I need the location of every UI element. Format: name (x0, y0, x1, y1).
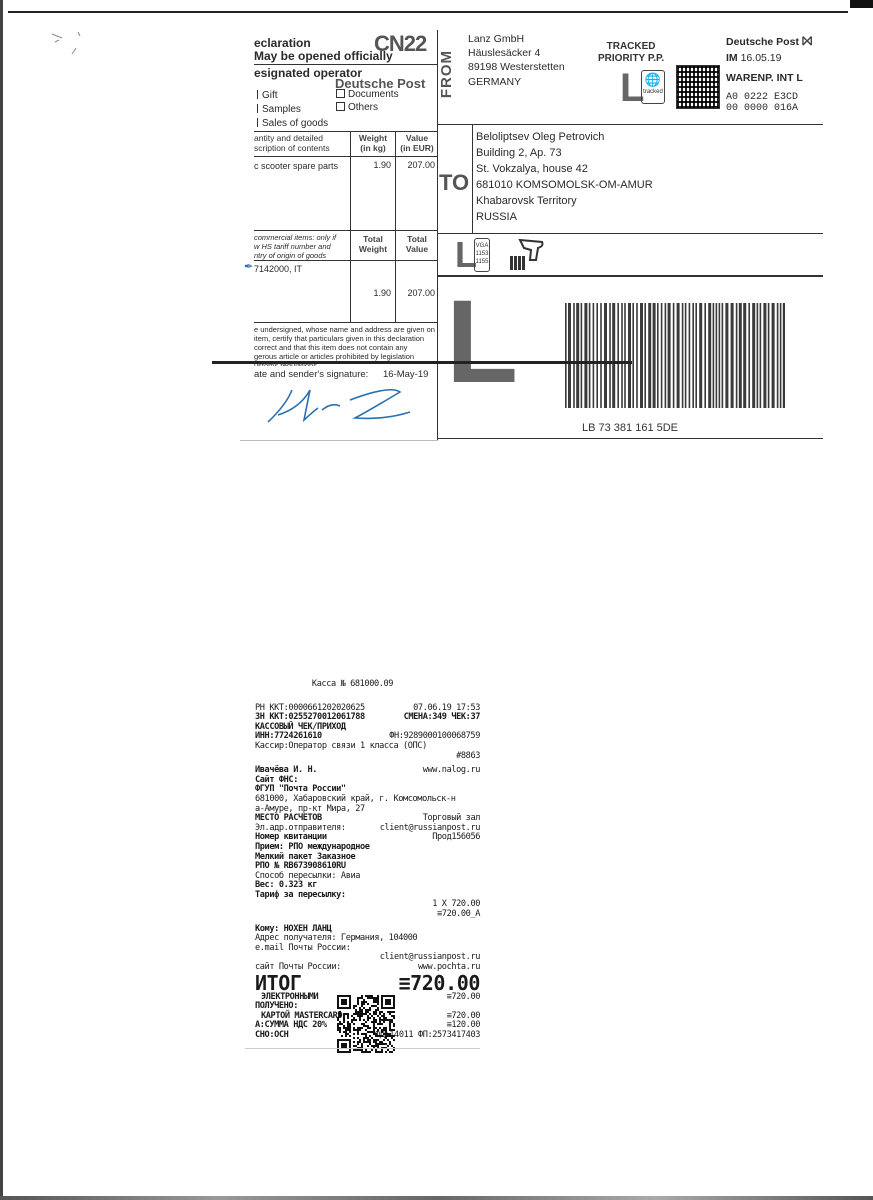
cn22-title-line1: eclaration (254, 36, 311, 50)
franking-block: Deutsche Post ⨝ IM 16.05.19 WARENP. INT … (726, 32, 812, 114)
scanner-icon (510, 238, 546, 272)
pen-mark-icon: ✒ (244, 260, 253, 273)
globe-icon: 🌐 (642, 71, 664, 89)
franking-date: 16.05.19 (741, 52, 782, 64)
receipt-edge (245, 1048, 480, 1049)
from-label: FROM (438, 50, 455, 98)
declaration-text: e undersigned, whose name and address ar… (254, 325, 435, 366)
hs-note: commercial items: only ifw HS tariff num… (254, 233, 336, 260)
total-label: ИТОГ (255, 973, 302, 993)
receipt-no: Прод156056 (432, 833, 480, 843)
to-label: TO (439, 170, 469, 196)
category-others[interactable]: Others (336, 102, 378, 113)
total-value-label: TotalValue (397, 235, 437, 255)
scan-edge-bottom (0, 1196, 873, 1200)
service-name: TRACKED PRIORITY P.P. (598, 41, 664, 65)
email-label: e.mail Почты России: (255, 944, 350, 954)
checkbox-icon (336, 89, 345, 98)
category-gift[interactable]: Gift (254, 90, 278, 101)
total-amount: ≡720.00 (399, 973, 481, 993)
franking-code-1: A0 0222 E3CD (726, 92, 812, 103)
fp-number: ФП:2573417403 (418, 1030, 480, 1040)
datamatrix-code (676, 65, 720, 109)
col-header-description: antity and detailedscription of contents (254, 134, 330, 154)
checkbox-icon (336, 102, 345, 111)
cn22-declaration: eclaration May be opened officially CN22… (240, 30, 438, 440)
cash-receipt: Касса № 681000.09 РН ККТ:000066120202062… (255, 680, 480, 1050)
tax-system: СНО:ОСН (255, 1031, 288, 1041)
shipping-label: FROM Lanz GmbH Häuslesäcker 4 89198 West… (438, 28, 823, 438)
posthorn-icon: ⨝ (802, 33, 813, 48)
item-value: 207.00 (397, 160, 435, 170)
scan-top-rule (8, 11, 848, 13)
receipt-header: Касса № 681000.09 (225, 680, 480, 690)
tariff-label: Тариф за пересылку: (255, 891, 346, 901)
category-documents[interactable]: Documents (336, 89, 399, 100)
scan-strike-line (212, 361, 632, 364)
sender-address: Lanz GmbH Häuslesäcker 4 89198 Westerste… (468, 32, 565, 89)
shift-check: СМЕНА:349 ЧЕК:37 (404, 713, 480, 723)
im-label: IM (726, 52, 738, 64)
item-weight: 1.90 (353, 160, 391, 170)
signature-date: 16-May-19 (383, 369, 428, 380)
recipient-address: Beloliptsev Oleg Petrovich Building 2, A… (476, 129, 653, 225)
cashier-id: #8863 (255, 752, 480, 762)
product-code: WARENP. INT L (726, 71, 812, 86)
tracked-badge: 🌐 tracked (641, 70, 665, 104)
size-class-letter: L (446, 282, 518, 402)
category-samples[interactable]: Samples (254, 104, 301, 115)
scan-scribble (50, 28, 95, 58)
electronic-amount: ≡720.00 (447, 993, 480, 1003)
total-value: 207.00 (397, 288, 435, 298)
vga-document-icon: VGA 1153 1155 (474, 238, 490, 272)
signature-label: ate and sender's signature: (254, 369, 368, 380)
fns-site: www.nalog.ru (423, 766, 480, 776)
cn22-title-line2: May be opened officially (254, 49, 393, 63)
col-header-value: Value(in EUR) (397, 134, 437, 154)
col-header-weight: Weight(in kg) (353, 134, 393, 154)
hs-code: 7142000, IT (254, 264, 302, 274)
carrier-name: Deutsche Post (726, 36, 799, 48)
tracking-number: LB 73 381 161 5DE (582, 422, 678, 434)
signature-image (260, 380, 420, 430)
tracking-barcode (565, 303, 785, 408)
tariff-sum: ≡720.00_А (255, 910, 480, 920)
cashier: Кассир:Оператор связи 1 класса (ОПС) (255, 742, 427, 752)
franking-code-2: 00 0000 016A (726, 103, 812, 114)
total-weight-label: TotalWeight (353, 235, 393, 255)
total-weight: 1.90 (353, 288, 391, 298)
receipt-qr-code (337, 995, 395, 1053)
category-sales[interactable]: Sales of goods (254, 118, 328, 129)
scan-edge-left (0, 0, 3, 1200)
cn22-code: CN22 (374, 31, 426, 57)
scan-corner-mark (850, 0, 873, 8)
item-description: c scooter spare parts (254, 161, 338, 171)
